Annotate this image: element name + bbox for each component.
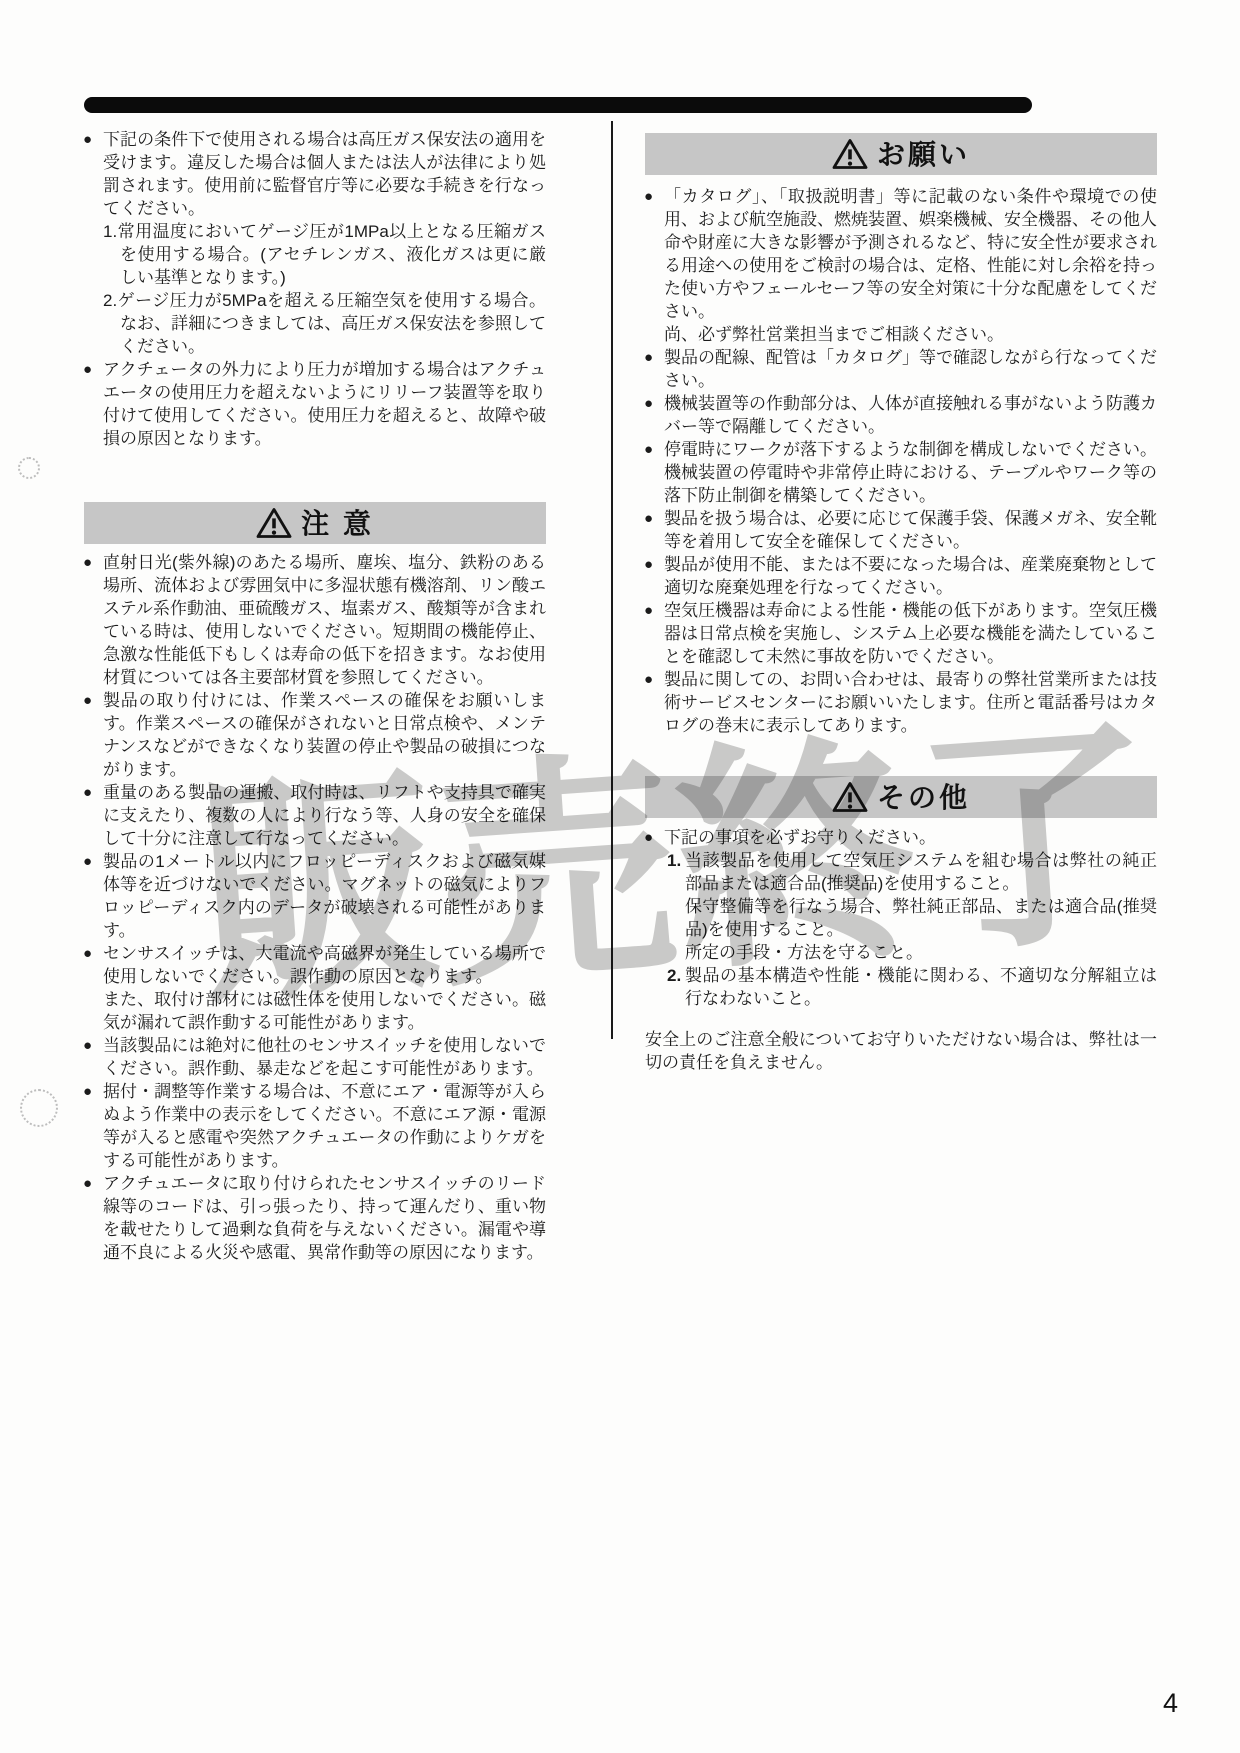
paragraph: アクチェータの外力により圧力が増加する場合はアクチュエータの使用圧力を超えないよ… — [103, 358, 546, 450]
manual-page: ● 下記の条件下で使用される場合は高圧ガス保安法の適用を受けます。違反した場合は… — [0, 0, 1240, 1753]
paragraph: 製品が使用不能、または不要になった場合は、産業廃棄物として適切な廃棄処理を行なっ… — [664, 553, 1157, 599]
numbered-item: 1. 当該製品を使用して空気圧システムを組む場合は弊社の純正部品または適合品(推… — [667, 849, 1157, 964]
list-item: ● 据付・調整等作業する場合は、不意にエア・電源等が入らぬよう作業中の表示をして… — [84, 1080, 546, 1172]
paragraph: 下記の条件下で使用される場合は高圧ガス保安法の適用を受けます。違反した場合は個人… — [103, 128, 546, 220]
left-column: ● 下記の条件下で使用される場合は高圧ガス保安法の適用を受けます。違反した場合は… — [84, 128, 546, 1264]
bullet-icon: ● — [644, 185, 653, 208]
column-divider — [611, 121, 613, 1039]
other-section-header: その他 — [645, 776, 1157, 818]
paragraph: 製品に関しての、お問い合わせは、最寄りの弊社営業所または技術サービスセンターにお… — [664, 668, 1157, 737]
list-item: ● 当該製品には絶対に他社のセンサスイッチを使用しないでください。誤作動、暴走な… — [84, 1034, 546, 1080]
bullet-icon: ● — [83, 1080, 92, 1103]
disclaimer-note: 安全上のご注意全般についてお守りいただけない場合は、弊社は一切の責任を負えません… — [645, 1028, 1157, 1074]
warning-triangle-icon — [832, 138, 868, 170]
item-number: 2. — [667, 964, 681, 987]
bullet-icon: ● — [83, 689, 92, 712]
binder-hole — [20, 1089, 58, 1127]
section-title: その他 — [877, 786, 970, 809]
list-item: ● アクチェータの外力により圧力が増加する場合はアクチュエータの使用圧力を超えな… — [84, 358, 546, 450]
paragraph: 下記の事項を必ずお守りください。 — [664, 826, 1157, 849]
paragraph: 重量のある製品の運搬、取付時は、リフトや支持具で確実に支えたり、複数の人により行… — [103, 781, 546, 850]
paragraph: 製品の1メートル以内にフロッピーディスクおよび磁気媒体等を近づけないでください。… — [103, 850, 546, 942]
page-number: 4 — [1163, 1688, 1178, 1719]
list-item: ● 製品の取り付けには、作業スペースの確保をお願いします。作業スペースの確保がさ… — [84, 689, 546, 781]
list-item: ● 製品の1メートル以内にフロッピーディスクおよび磁気媒体等を近づけないでくださ… — [84, 850, 546, 942]
binder-hole — [18, 457, 40, 479]
paragraph: 据付・調整等作業する場合は、不意にエア・電源等が入らぬよう作業中の表示をしてくだ… — [103, 1080, 546, 1172]
bullet-icon: ● — [644, 668, 653, 691]
item-number: 1. — [667, 849, 681, 872]
bullet-icon: ● — [644, 392, 653, 415]
list-item: ● 製品に関しての、お問い合わせは、最寄りの弊社営業所または技術サービスセンター… — [645, 668, 1157, 737]
bullet-icon: ● — [83, 128, 92, 151]
paragraph: 機械装置等の作動部分は、人体が直接触れる事がないよう防護カバー等で隔離してくださ… — [664, 392, 1157, 438]
warning-triangle-icon — [832, 781, 868, 813]
paragraph: 当該製品を使用して空気圧システムを組む場合は弊社の純正部品または適合品(推奨品)… — [685, 849, 1157, 964]
list-item: ● 空気圧機器は寿命による性能・機能の低下があります。空気圧機器は日常点検を実施… — [645, 599, 1157, 668]
bullet-icon: ● — [83, 942, 92, 965]
list-item: ● 直射日光(紫外線)のあたる場所、塵埃、塩分、鉄粉のある場所、流体および雰囲気… — [84, 551, 546, 689]
top-rule-bar — [84, 97, 1032, 113]
list-item: ● 製品が使用不能、または不要になった場合は、産業廃棄物として適切な廃棄処理を行… — [645, 553, 1157, 599]
sub-item: 1.常用温度においてゲージ圧が1MPa以上となる圧縮ガスを使用する場合。(アセチ… — [103, 220, 546, 289]
paragraph: 当該製品には絶対に他社のセンサスイッチを使用しないでください。誤作動、暴走などを… — [103, 1034, 546, 1080]
paragraph: 停電時にワークが落下するような制御を構成しないでください。 機械装置の停電時や非… — [664, 438, 1157, 507]
paragraph: 製品の配線、配管は「カタログ」等で確認しながら行なってください。 — [664, 346, 1157, 392]
bullet-icon: ● — [83, 781, 92, 804]
section-title: お願い — [877, 143, 970, 166]
caution-section-header: 注 意 — [84, 502, 546, 544]
paragraph: 製品を扱う場合は、必要に応じて保護手袋、保護メガネ、安全靴等を着用して安全を確保… — [664, 507, 1157, 553]
list-item: ● センサスイッチは、大電流や高磁界が発生している場所で使用しないでください。誤… — [84, 942, 546, 1034]
paragraph: 直射日光(紫外線)のあたる場所、塵埃、塩分、鉄粉のある場所、流体および雰囲気中に… — [103, 551, 546, 689]
bullet-icon: ● — [644, 826, 653, 849]
paragraph: 製品の取り付けには、作業スペースの確保をお願いします。作業スペースの確保がされな… — [103, 689, 546, 781]
numbered-item: 2. 製品の基本構造や性能・機能に関わる、不適切な分解組立は行なわないこと。 — [667, 964, 1157, 1010]
list-item: ● 機械装置等の作動部分は、人体が直接触れる事がないよう防護カバー等で隔離してく… — [645, 392, 1157, 438]
list-item: ● 下記の事項を必ずお守りください。 — [645, 826, 1157, 849]
request-section-header: お願い — [645, 133, 1157, 175]
bullet-icon: ● — [644, 507, 653, 530]
list-item: ● 「カタログ」、「取扱説明書」等に記載のない条件や環境での使用、および航空施設… — [645, 185, 1157, 346]
bullet-icon: ● — [83, 850, 92, 873]
list-item: ● 停電時にワークが落下するような制御を構成しないでください。 機械装置の停電時… — [645, 438, 1157, 507]
paragraph: アクチュエータに取り付けられたセンサスイッチのリード線等のコードは、引っ張ったり… — [103, 1172, 546, 1264]
list-item: ● 製品の配線、配管は「カタログ」等で確認しながら行なってください。 — [645, 346, 1157, 392]
bullet-icon: ● — [644, 599, 653, 622]
bullet-icon: ● — [83, 1172, 92, 1195]
bullet-icon: ● — [83, 551, 92, 574]
sub-item: 2.ゲージ圧力が5MPaを超える圧縮空気を使用する場合。なお、詳細につきましては… — [103, 289, 546, 358]
paragraph: 空気圧機器は寿命による性能・機能の低下があります。空気圧機器は日常点検を実施し、… — [664, 599, 1157, 668]
list-item: ● 重量のある製品の運搬、取付時は、リフトや支持具で確実に支えたり、複数の人によ… — [84, 781, 546, 850]
list-item: ● 下記の条件下で使用される場合は高圧ガス保安法の適用を受けます。違反した場合は… — [84, 128, 546, 358]
section-title: 注 意 — [301, 512, 374, 535]
bullet-icon: ● — [644, 553, 653, 576]
list-item: ● 製品を扱う場合は、必要に応じて保護手袋、保護メガネ、安全靴等を着用して安全を… — [645, 507, 1157, 553]
paragraph: センサスイッチは、大電流や高磁界が発生している場所で使用しないでください。誤作動… — [103, 942, 546, 1034]
right-column: お願い ● 「カタログ」、「取扱説明書」等に記載のない条件や環境での使用、および… — [645, 133, 1157, 1074]
bullet-icon: ● — [644, 346, 653, 369]
bullet-icon: ● — [83, 1034, 92, 1057]
bullet-icon: ● — [83, 358, 92, 381]
paragraph: 「カタログ」、「取扱説明書」等に記載のない条件や環境での使用、および航空施設、燃… — [664, 185, 1157, 346]
paragraph: 製品の基本構造や性能・機能に関わる、不適切な分解組立は行なわないこと。 — [685, 964, 1157, 1010]
warning-triangle-icon — [256, 507, 292, 539]
list-item: ● アクチュエータに取り付けられたセンサスイッチのリード線等のコードは、引っ張っ… — [84, 1172, 546, 1264]
bullet-icon: ● — [644, 438, 653, 461]
